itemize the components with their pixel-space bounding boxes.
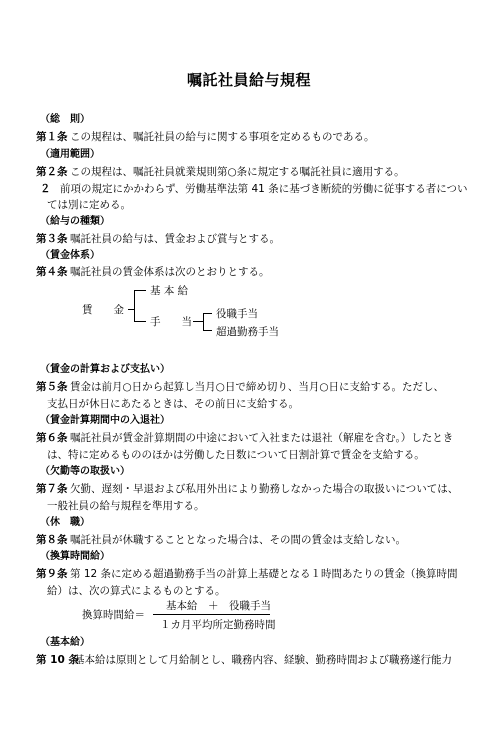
article-text: 嘱託社員の賃金体系は次のとおりとする。 (70, 266, 270, 278)
article-text: 賃金は前月○日から起算し当月○日で締め切り、当月○日に支給する。ただし、 (70, 381, 444, 393)
tree-basic-pay: 基 本 給 (150, 283, 188, 298)
article-9-cont: 給）は、次の算式によるものとする。 (47, 584, 226, 598)
document-title: 嘱託社員給与規程 (0, 69, 498, 90)
heading-general: （総 則） (40, 113, 90, 127)
paragraph-2: ２前項の規定にかかわらず、労働基準法第 41 条に基づき断続的労働に従事する者に… (40, 182, 467, 196)
tree-connector (134, 321, 146, 322)
article-7-cont: 一般社員の給与規程を準用する。 (47, 499, 205, 513)
article-text: 第 12 条に定める超過勤務手当の計算上基礎となる１時間あたりの賃金（換算時間 (70, 568, 458, 580)
article-number: 第８条 (36, 533, 70, 547)
tree-connector (199, 321, 203, 322)
heading-salary-types: （給与の種類） (40, 215, 110, 229)
heading-scope: （適用範囲） (40, 148, 100, 162)
article-text: この規程は、嘱託社員の給与に関する事項を定めるものである。 (70, 131, 375, 143)
article-text: 欠勤、遅刻・早退および私用外出により勤務しなかった場合の取扱いについては、 (70, 483, 458, 495)
article-4: 第４条嘱託社員の賃金体系は次のとおりとする。 (36, 265, 270, 279)
article-text: 嘱託社員が休職することとなった場合は、その間の賃金は支給しない。 (70, 534, 406, 546)
article-number: 第５条 (36, 380, 70, 394)
article-number: 第６条 (36, 431, 70, 445)
article-number: 第１条 (36, 130, 70, 144)
formula-numerator: 基本給 ＋ 役職手当 (166, 598, 271, 613)
article-number: 第７条 (36, 482, 70, 496)
tree-overtime-allowance: 超過勤務手当 (216, 324, 279, 339)
tree-connector (203, 313, 212, 314)
heading-basic-pay: （基本給） (40, 636, 90, 650)
heading-wage-calculation: （賃金の計算および支払い） (40, 363, 170, 377)
article-1: 第１条この規程は、嘱託社員の給与に関する事項を定めるものである。 (36, 130, 375, 144)
article-number: 第９条 (36, 567, 70, 581)
article-3: 第３条嘱託社員の給与は、賃金および賞与とする。 (36, 232, 280, 246)
article-8: 第８条嘱託社員が休職することとなった場合は、その間の賃金は支給しない。 (36, 533, 406, 547)
paragraph-number: ２ (40, 182, 60, 196)
article-number: 第２条 (36, 165, 70, 179)
paragraph-text: 前項の規定にかかわらず、労働基準法第 41 条に基づき断続的労働に従事する者につ… (60, 183, 467, 195)
article-9: 第９条第 12 条に定める超過勤務手当の計算上基礎となる１時間あたりの賃金（換算… (36, 567, 458, 581)
formula-label: 換算時間給＝ (82, 607, 145, 622)
article-5-cont: 支払日が休日にあたるときは、その前日に支給する。 (47, 397, 299, 411)
paragraph-2-cont: ては別に定める。 (47, 198, 131, 212)
article-number: 第 10 条 (36, 653, 74, 667)
article-text: 基本給は原則として月給制とし、職務内容、経験、勤務時間および職務遂行能力 (74, 654, 452, 666)
article-7: 第７条欠勤、遅刻・早退および私用外出により勤務しなかった場合の取扱いについては、 (36, 482, 458, 496)
fraction-bar (153, 614, 270, 615)
tree-root-wage: 賃 金 (82, 302, 124, 317)
tree-connector (134, 290, 146, 291)
tree-position-allowance: 役職手当 (216, 306, 258, 321)
heading-wage-system: （賃金体系） (40, 249, 100, 263)
article-text: 嘱託社員の給与は、賃金および賞与とする。 (70, 233, 280, 245)
heading-absence: （欠勤等の取扱い） (40, 465, 130, 479)
tree-connector (134, 290, 135, 322)
formula-denominator: １カ月平均所定勤務時間 (160, 617, 276, 632)
article-5: 第５条賃金は前月○日から起算し当月○日で締め切り、当月○日に支給する。ただし、 (36, 380, 444, 394)
article-2: 第２条この規程は、嘱託社員就業規則第○条に規定する嘱託社員に適用する。 (36, 165, 405, 179)
article-text: 嘱託社員が賃金計算期間の中途において入社または退社（解雇を含む。）したとき (70, 432, 453, 444)
heading-leave: （休 職） (40, 516, 90, 530)
article-number: 第３条 (36, 232, 70, 246)
article-number: 第４条 (36, 265, 70, 279)
article-10: 第 10 条基本給は原則として月給制とし、職務内容、経験、勤務時間および職務遂行… (36, 653, 452, 667)
article-6: 第６条嘱託社員が賃金計算期間の中途において入社または退社（解雇を含む。）したとき (36, 431, 453, 445)
tree-connector (203, 330, 212, 331)
article-text: この規程は、嘱託社員就業規則第○条に規定する嘱託社員に適用する。 (70, 166, 405, 178)
article-6-cont: は、特に定めるもののほかは労働した日数について日割計算で賃金を支給する。 (47, 448, 425, 462)
heading-hourly-rate: （換算時間給） (40, 550, 110, 564)
tree-connector (203, 313, 204, 330)
heading-mid-period: （賃金計算期間中の入退社） (40, 414, 170, 428)
tree-allowances: 手 当 (150, 314, 192, 329)
